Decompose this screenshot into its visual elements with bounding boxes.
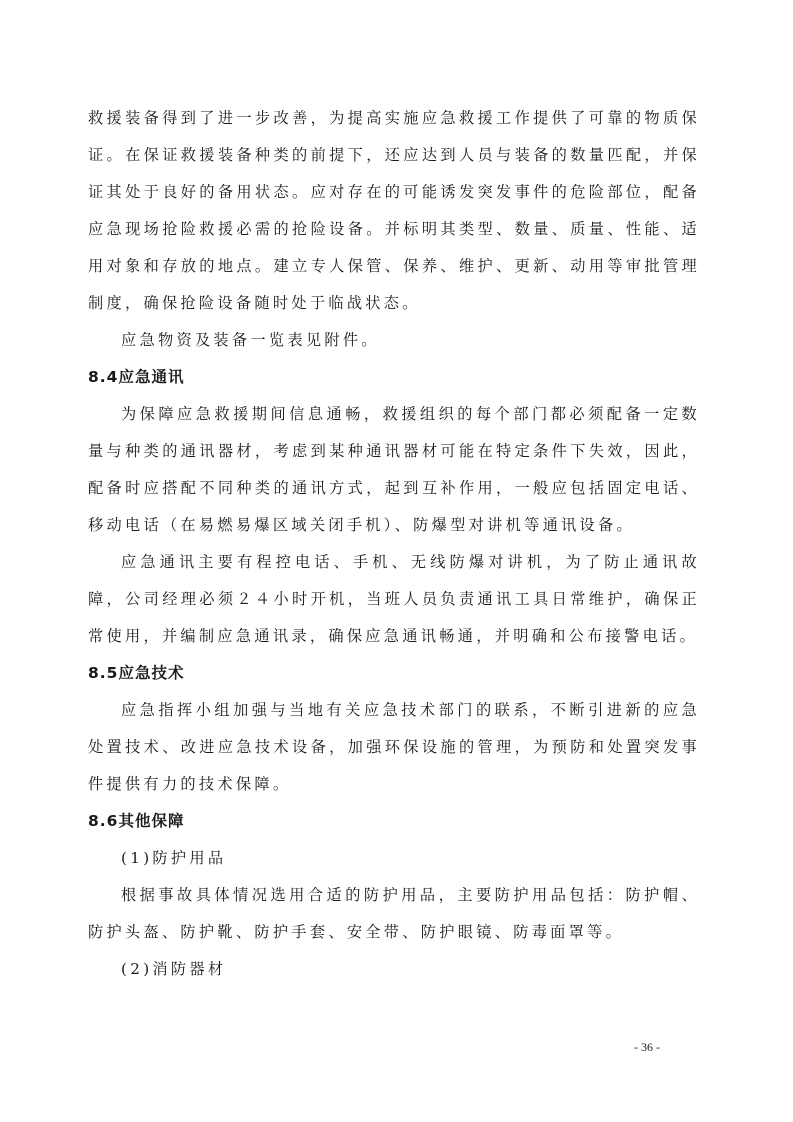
- paragraph-appendix-note: 应急物资及装备一览表见附件。: [88, 322, 700, 359]
- page-number: - 36 -: [634, 1040, 660, 1055]
- paragraph-protective-gear: 根据事故具体情况选用合适的防护用品，主要防护用品包括：防护帽、防护头盔、防护靴、…: [88, 877, 700, 951]
- paragraph-equipment: 救援装备得到了进一步改善，为提高实施应急救援工作提供了可靠的物质保证。在保证救援…: [88, 100, 700, 322]
- item-label-fire-equipment: (2)消防器材: [88, 951, 700, 988]
- item-label-protective-gear: (1)防护用品: [88, 840, 700, 877]
- section-heading-8-6: 8.6其他保障: [88, 803, 700, 840]
- document-page: 救援装备得到了进一步改善，为提高实施应急救援工作提供了可靠的物质保证。在保证救援…: [88, 100, 700, 988]
- paragraph-communication-1: 为保障应急救援期间信息通畅，救援组织的每个部门都必须配备一定数量与种类的通讯器材…: [88, 396, 700, 544]
- paragraph-technology: 应急指挥小组加强与当地有关应急技术部门的联系，不断引进新的应急处置技术、改进应急…: [88, 692, 700, 803]
- paragraph-communication-2: 应急通讯主要有程控电话、手机、无线防爆对讲机，为了防止通讯故障，公司经理必须２４…: [88, 544, 700, 655]
- section-heading-8-4: 8.4应急通讯: [88, 359, 700, 396]
- section-heading-8-5: 8.5应急技术: [88, 655, 700, 692]
